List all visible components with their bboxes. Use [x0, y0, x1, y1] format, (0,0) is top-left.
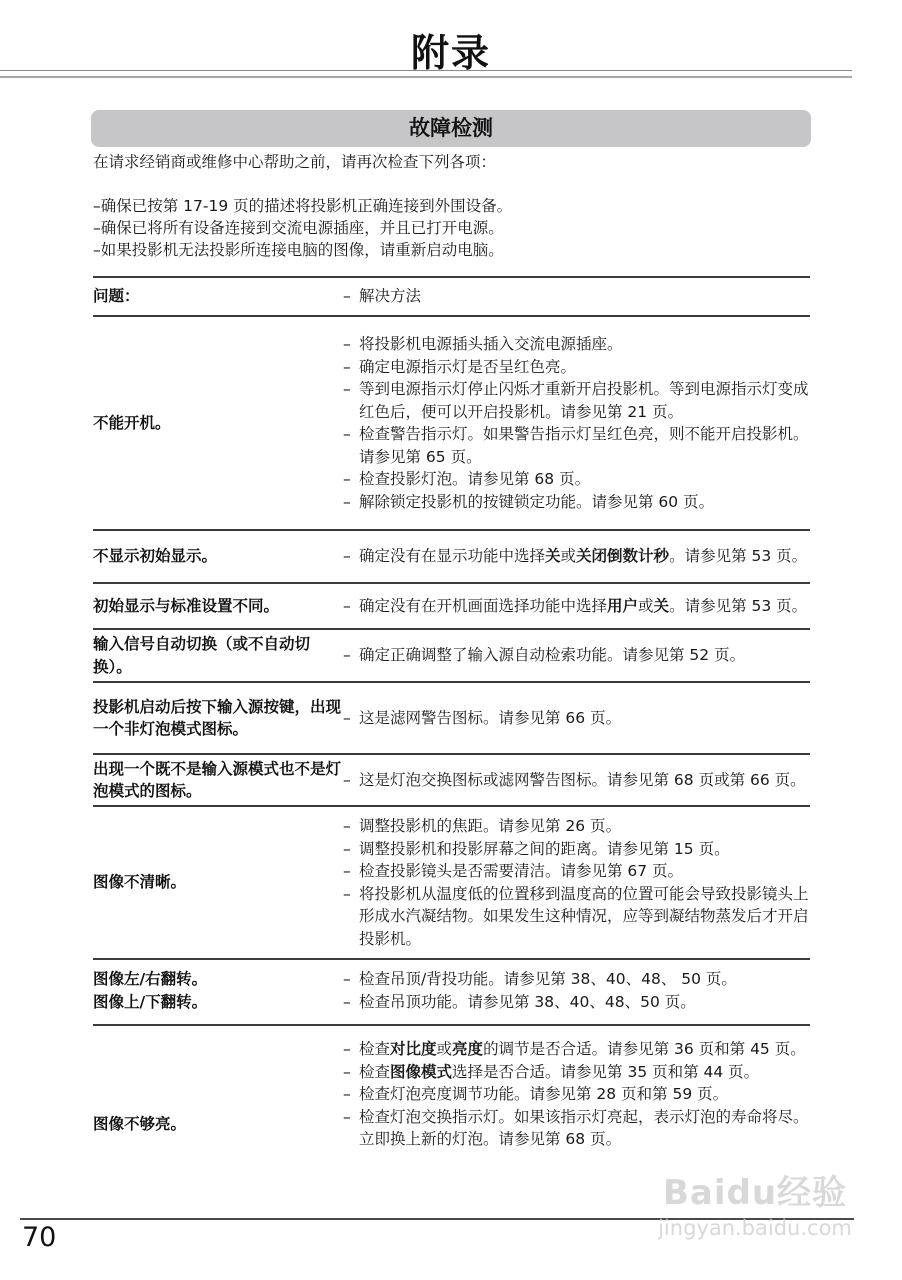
solution-text: 检查灯泡交换指示灯。如果该指示灯亮起，表示灯泡的寿命将尽。立即换上新的灯泡。请参… — [359, 1108, 809, 1149]
problem-cell: 图像不清晰。 — [93, 871, 343, 894]
dash: – — [343, 595, 351, 618]
solution-text: 调整投影机和投影屏幕之间的距离。请参见第 15 页。 — [359, 840, 730, 858]
solution-item: –检查灯泡亮度调节功能。请参见第 28 页和第 59 页。 — [343, 1083, 810, 1106]
problem-cell: 不能开机。 — [93, 412, 343, 435]
table-row: 投影机启动后按下输入源按键，出现一个非灯泡模式图标。–这是滤网警告图标。请参见第… — [93, 683, 810, 755]
problem-line: 图像左/右翻转。 — [93, 968, 343, 991]
table-header-row: 问题： – 解决方法 — [93, 276, 810, 317]
solution-text: 确定没有在开机画面选择功能中选择 — [359, 597, 607, 615]
dash: – — [343, 356, 351, 379]
solution-text: 调整投影机的焦距。请参见第 26 页。 — [359, 817, 621, 835]
header-problem: 问题： — [93, 285, 343, 308]
page-number: 70 — [22, 1222, 56, 1253]
solutions-cell: –确定没有在显示功能中选择关或关闭倒数计秒。请参见第 53 页。 — [343, 545, 810, 568]
solution-item: –调整投影机和投影屏幕之间的距离。请参见第 15 页。 — [343, 838, 810, 861]
dash: – — [343, 838, 351, 861]
solution-text: 将投影机电源插头插入交流电源插座。 — [359, 335, 623, 353]
intro-lead: 在请求经销商或维修中心帮助之前，请再次检查下列各项： — [93, 151, 813, 173]
solution-text: 将投影机从温度低的位置移到温度高的位置可能会导致投影镜头上形成水汽凝结物。如果发… — [359, 885, 809, 948]
problem-line: 图像上/下翻转。 — [93, 991, 343, 1014]
problem-cell: 出现一个既不是输入源模式也不是灯泡模式的图标。 — [93, 758, 343, 803]
table-row: 图像左/右翻转。图像上/下翻转。–检查吊顶/背投功能。请参见第 38、40、48… — [93, 960, 810, 1026]
solutions-cell: –检查吊顶/背投功能。请参见第 38、40、48、 50 页。–检查吊顶功能。请… — [343, 968, 810, 1013]
solution-item: –这是灯泡交换图标或滤网警告图标。请参见第 68 页或第 66 页。 — [343, 769, 810, 792]
solution-text: 或 — [561, 547, 577, 565]
solution-item: –检查警告指示灯。如果警告指示灯呈红色亮，则不能开启投影机。请参见第 65 页。 — [343, 423, 810, 468]
dash: – — [343, 769, 351, 792]
solutions-cell: –检查对比度或亮度的调节是否合适。请参见第 36 页和第 45 页。–检查图像模… — [343, 1038, 810, 1151]
table-body: 不能开机。–将投影机电源插头插入交流电源插座。–确定电源指示灯是否呈红色亮。–等… — [93, 317, 810, 1223]
solution-item: –解除锁定投影机的按键锁定功能。请参见第 60 页。 — [343, 491, 810, 514]
solution-text: 检查吊顶/背投功能。请参见第 38、40、48、 50 页。 — [359, 970, 737, 988]
solution-item: –确定电源指示灯是否呈红色亮。 — [343, 356, 810, 379]
dash: – — [343, 423, 351, 446]
table-row: 初始显示与标准设置不同。–确定没有在开机画面选择功能中选择用户或关。请参见第 5… — [93, 584, 810, 630]
table-row: 不显示初始显示。–确定没有在显示功能中选择关或关闭倒数计秒。请参见第 53 页。 — [93, 531, 810, 584]
solution-text: 解除锁定投影机的按键锁定功能。请参见第 60 页。 — [359, 493, 714, 511]
intro-check: –确保已按第 17-19 页的描述将投影机正确连接到外围设备。 — [93, 195, 813, 217]
dash: – — [343, 815, 351, 838]
dash: – — [343, 491, 351, 514]
solution-text: 这是滤网警告图标。请参见第 66 页。 — [359, 709, 621, 727]
header-solution-item: – 解决方法 — [343, 285, 810, 308]
dash: – — [343, 1038, 351, 1061]
solution-item: –检查吊顶/背投功能。请参见第 38、40、48、 50 页。 — [343, 968, 810, 991]
dash: – — [343, 883, 351, 906]
emphasized-setting: 对比度 — [390, 1040, 437, 1058]
solution-text: 。请参见第 53 页。 — [669, 597, 807, 615]
emphasized-setting: 用户 — [607, 597, 638, 615]
dash: – — [343, 1083, 351, 1106]
solution-text: 的调节是否合适。请参见第 36 页和第 45 页。 — [483, 1040, 806, 1058]
intro-check: –确保已将所有设备连接到交流电源插座，并且已打开电源。 — [93, 217, 813, 239]
dash: – — [343, 285, 351, 308]
solution-item: –这是滤网警告图标。请参见第 66 页。 — [343, 707, 810, 730]
header-solution: – 解决方法 — [343, 285, 810, 308]
table-row: 出现一个既不是输入源模式也不是灯泡模式的图标。–这是灯泡交换图标或滤网警告图标。… — [93, 755, 810, 807]
dash: – — [343, 968, 351, 991]
problem-cell: 图像左/右翻转。图像上/下翻转。 — [93, 968, 343, 1013]
solution-text: 选择是否合适。请参见第 35 页和第 44 页。 — [452, 1063, 759, 1081]
solutions-cell: –这是滤网警告图标。请参见第 66 页。 — [343, 707, 810, 730]
solution-item: –将投影机从温度低的位置移到温度高的位置可能会导致投影镜头上形成水汽凝结物。如果… — [343, 883, 810, 951]
solution-item: –检查投影镜头是否需要清洁。请参见第 67 页。 — [343, 860, 810, 883]
solution-text: 这是灯泡交换图标或滤网警告图标。请参见第 68 页或第 66 页。 — [359, 771, 806, 789]
page-title: 附录 — [0, 22, 902, 77]
solutions-cell: –将投影机电源插头插入交流电源插座。–确定电源指示灯是否呈红色亮。–等到电源指示… — [343, 333, 810, 513]
solution-text: 检查灯泡亮度调节功能。请参见第 28 页和第 59 页。 — [359, 1085, 728, 1103]
solution-text: 检查投影灯泡。请参见第 68 页。 — [359, 470, 590, 488]
problem-cell: 输入信号自动切换（或不自动切换）。 — [93, 633, 343, 678]
intro: 在请求经销商或维修中心帮助之前，请再次检查下列各项： –确保已按第 17-19 … — [93, 151, 813, 261]
solution-text: 检查警告指示灯。如果警告指示灯呈红色亮，则不能开启投影机。请参见第 65 页。 — [359, 425, 809, 466]
problem-cell: 图像不够亮。 — [93, 1113, 343, 1136]
emphasized-setting: 亮度 — [452, 1040, 483, 1058]
dash: – — [343, 333, 351, 356]
solutions-cell: –确定正确调整了输入源自动检索功能。请参见第 52 页。 — [343, 644, 810, 667]
solution-item: –将投影机电源插头插入交流电源插座。 — [343, 333, 810, 356]
table-row: 图像不清晰。–调整投影机的焦距。请参见第 26 页。–调整投影机和投影屏幕之间的… — [93, 807, 810, 960]
dash: – — [343, 644, 351, 667]
table-row: 输入信号自动切换（或不自动切换）。–确定正确调整了输入源自动检索功能。请参见第 … — [93, 630, 810, 683]
dash: – — [343, 1061, 351, 1084]
solution-item: –确定正确调整了输入源自动检索功能。请参见第 52 页。 — [343, 644, 810, 667]
solution-item: –确定没有在显示功能中选择关或关闭倒数计秒。请参见第 53 页。 — [343, 545, 810, 568]
solution-text: 确定电源指示灯是否呈红色亮。 — [359, 358, 576, 376]
solution-text: 检查投影镜头是否需要清洁。请参见第 67 页。 — [359, 862, 683, 880]
footer-divider — [20, 1218, 854, 1220]
solutions-cell: –确定没有在开机画面选择功能中选择用户或关。请参见第 53 页。 — [343, 595, 810, 618]
emphasized-setting: 关 — [545, 547, 561, 565]
emphasized-setting: 关 — [654, 597, 670, 615]
solution-text: 检查吊顶功能。请参见第 38、40、48、50 页。 — [359, 993, 696, 1011]
solution-text: 或 — [638, 597, 654, 615]
emphasized-setting: 图像模式 — [390, 1063, 452, 1081]
solution-item: –调整投影机的焦距。请参见第 26 页。 — [343, 815, 810, 838]
solution-text: 确定正确调整了输入源自动检索功能。请参见第 52 页。 — [359, 646, 745, 664]
solution-item: –检查投影灯泡。请参见第 68 页。 — [343, 468, 810, 491]
solutions-cell: –调整投影机的焦距。请参见第 26 页。–调整投影机和投影屏幕之间的距离。请参见… — [343, 815, 810, 950]
dash: – — [343, 707, 351, 730]
solution-text: 确定没有在显示功能中选择 — [359, 547, 545, 565]
dash: – — [343, 860, 351, 883]
dash: – — [343, 991, 351, 1014]
problem-cell: 不显示初始显示。 — [93, 545, 343, 568]
section-header: 故障检测 — [91, 110, 811, 147]
solution-text: 。请参见第 53 页。 — [669, 547, 807, 565]
solutions-cell: –这是灯泡交换图标或滤网警告图标。请参见第 68 页或第 66 页。 — [343, 769, 810, 792]
title-divider — [0, 70, 852, 78]
dash: – — [343, 378, 351, 401]
troubleshooting-table: 问题： – 解决方法 不能开机。–将投影机电源插头插入交流电源插座。–确定电源指… — [93, 276, 810, 1223]
solution-text: 等到电源指示灯停止闪烁才重新开启投影机。等到电源指示灯变成红色后，便可以开启投影… — [359, 380, 809, 421]
dash: – — [343, 545, 351, 568]
solution-text: 或 — [437, 1040, 453, 1058]
solution-item: –检查图像模式选择是否合适。请参见第 35 页和第 44 页。 — [343, 1061, 810, 1084]
table-row: 图像不够亮。–检查对比度或亮度的调节是否合适。请参见第 36 页和第 45 页。… — [93, 1026, 810, 1223]
solution-text: 检查 — [359, 1063, 390, 1081]
table-row: 不能开机。–将投影机电源插头插入交流电源插座。–确定电源指示灯是否呈红色亮。–等… — [93, 317, 810, 531]
dash: – — [343, 1106, 351, 1129]
dash: – — [343, 468, 351, 491]
emphasized-setting: 关闭倒数计秒 — [576, 547, 669, 565]
problem-cell: 投影机启动后按下输入源按键，出现一个非灯泡模式图标。 — [93, 696, 343, 741]
problem-cell: 初始显示与标准设置不同。 — [93, 595, 343, 618]
solution-text: 检查 — [359, 1040, 390, 1058]
solution-item: –检查对比度或亮度的调节是否合适。请参见第 36 页和第 45 页。 — [343, 1038, 810, 1061]
solution-item: –检查灯泡交换指示灯。如果该指示灯亮起，表示灯泡的寿命将尽。立即换上新的灯泡。请… — [343, 1106, 810, 1151]
intro-check: –如果投影机无法投影所连接电脑的图像，请重新启动电脑。 — [93, 239, 813, 261]
solution-item: –确定没有在开机画面选择功能中选择用户或关。请参见第 53 页。 — [343, 595, 810, 618]
header-solution-label: 解决方法 — [359, 287, 421, 305]
solution-item: –等到电源指示灯停止闪烁才重新开启投影机。等到电源指示灯变成红色后，便可以开启投… — [343, 378, 810, 423]
solution-item: –检查吊顶功能。请参见第 38、40、48、50 页。 — [343, 991, 810, 1014]
